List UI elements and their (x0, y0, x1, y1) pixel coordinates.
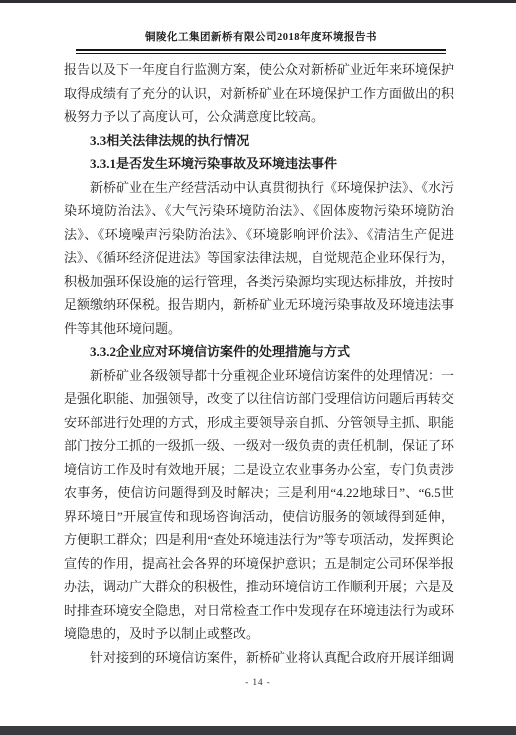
header-divider (76, 49, 446, 54)
page-number: - 14 - (0, 677, 516, 687)
page-top-edge (0, 0, 516, 3)
section-heading-3-3-2: 3.3.2企业应对环境信访案件的处理措施与方式 (64, 340, 454, 364)
paragraph-petition-measures: 新桥矿业各级领导都十分重视企业环境信访案件的处理情况：一是强化职能、加强领导，改… (64, 364, 454, 646)
section-heading-3-3: 3.3相关法律法规的执行情况 (64, 129, 454, 153)
page-bottom-edge (0, 726, 516, 735)
page-header: 铜陵化工集团新桥有限公司2018年度环境报告书 (76, 31, 446, 54)
paragraph-petition-followup: 针对接到的环境信访案件，新桥矿业将认真配合政府开展详细调 (64, 646, 454, 670)
report-title: 铜陵化工集团新桥有限公司2018年度环境报告书 (76, 31, 446, 45)
document-body: 报告以及下一年度自行监测方案，使公众对新桥矿业近年来环境保护取得成绩有了充分的认… (64, 58, 454, 673)
paragraph-laws: 新桥矿业在生产经营活动中认真贯彻执行《环境保护法》、《水污染环境防治法》、《大气… (64, 176, 454, 341)
section-heading-3-3-1: 3.3.1是否发生环境污染事故及环境违法事件 (64, 152, 454, 176)
paragraph-continuation: 报告以及下一年度自行监测方案，使公众对新桥矿业近年来环境保护取得成绩有了充分的认… (64, 58, 454, 129)
